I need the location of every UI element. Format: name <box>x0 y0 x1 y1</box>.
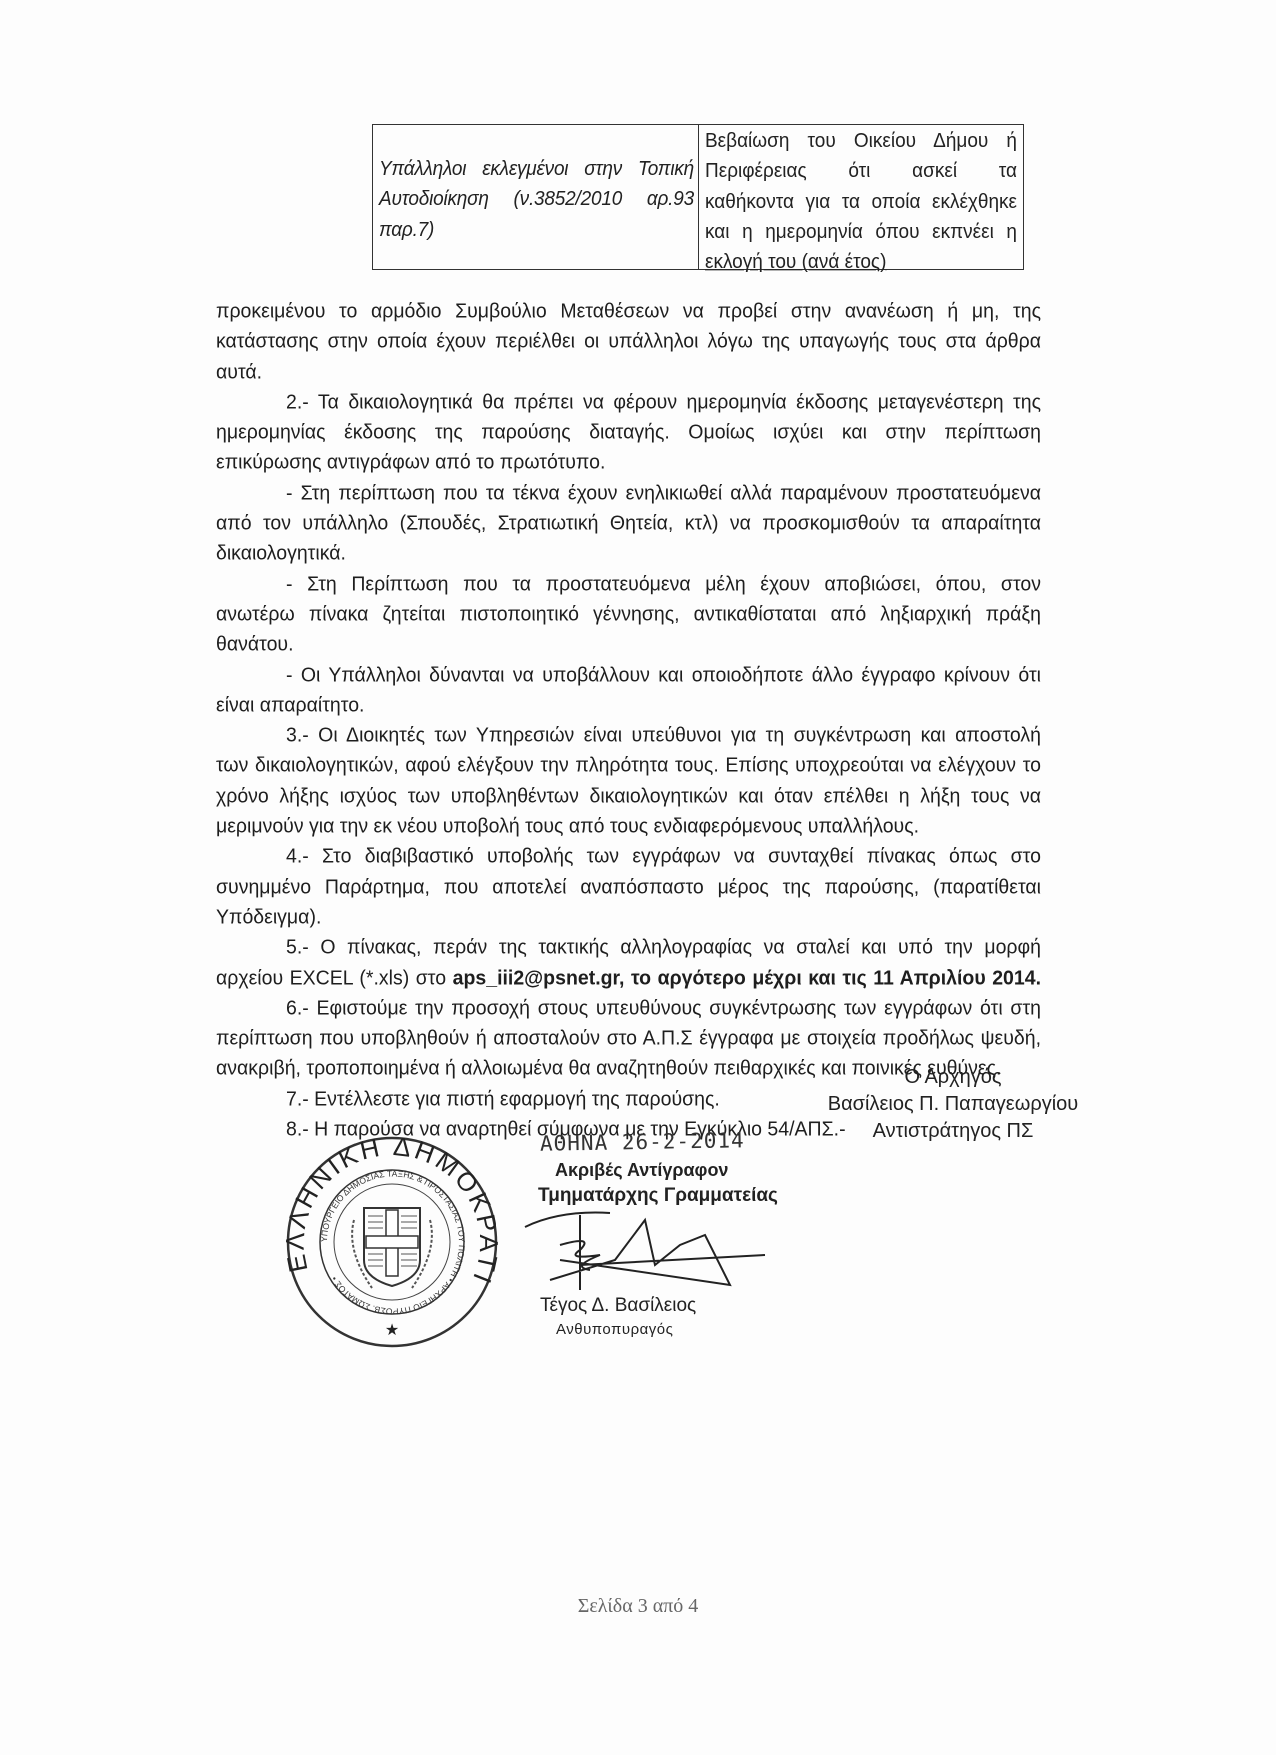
body-line: ανωτέρω πίνακα ζητείται πιστοποιητικό γέ… <box>216 598 1041 630</box>
table-cell-category: Υπάλληλοι εκλεγμένοι στην Τοπική Αυτοδιο… <box>373 125 699 269</box>
signatory-rank: Αντιστράτηγος ΠΣ <box>808 1118 1098 1145</box>
certifier-rank: Ανθυποπυραγός <box>556 1321 673 1338</box>
excel-submission-line: αρχείου EXCEL (*.xls) στο aps_iii2@psnet… <box>216 962 1041 994</box>
body-line: Υπόδειγμα). <box>216 901 1041 933</box>
cell-text: και η ημερομηνία όπου εκπνέει η <box>705 217 1017 249</box>
paragraph-6: 6.- Εφιστούμε την προσοχή στους υπευθύνο… <box>216 992 1041 1024</box>
chief-signature-block: Ο Αρχηγός Βασίλειος Π. Παπαγεωργίου Αντι… <box>808 1064 1098 1145</box>
body-line: δικαιολογητικά. <box>216 538 1041 570</box>
cell-text: Βεβαίωση του Οικείου Δήμου ή <box>705 126 1017 158</box>
table-cell-documents: Βεβαίωση του Οικείου Δήμου ή Περιφέρειας… <box>699 125 1023 269</box>
eligibility-table-row: Υπάλληλοι εκλεγμένοι στην Τοπική Αυτοδιο… <box>372 124 1024 270</box>
paragraph-4: 4.- Στο διαβιβαστικό υποβολής των εγγράφ… <box>216 841 1041 873</box>
document-body: προκειμένου το αρμόδιο Συμβούλιο Μεταθέσ… <box>216 296 1041 1144</box>
cell-text: εκλογή του (ανά έτος) <box>705 247 1017 279</box>
paragraph-3: 3.- Οι Διοικητές των Υπηρεσιών είναι υπε… <box>216 719 1041 751</box>
handwritten-date: ΑΘΗΝΑ 26-2-2014 <box>540 1128 745 1156</box>
body-line: προκειμένου το αρμόδιο Συμβούλιο Μεταθέσ… <box>216 295 1041 327</box>
signatory-name: Βασίλειος Π. Παπαγεωργίου <box>808 1091 1098 1118</box>
body-line: - Οι Υπάλληλοι δύνανται να υποβάλλουν κα… <box>216 659 1041 691</box>
body-line: χρόνο λήξης ισχύος των υποβληθέντων δικα… <box>216 780 1041 812</box>
cell-text: Υπάλληλοι εκλεγμένοι στην Τοπική <box>379 154 694 186</box>
body-line: από τον υπάλληλο (Σπουδές, Στρατιωτική Θ… <box>216 507 1041 539</box>
signatory-title: Ο Αρχηγός <box>808 1064 1098 1091</box>
page-number: Σελίδα 3 από 4 <box>0 1595 1276 1618</box>
svg-text:★: ★ <box>385 1322 399 1339</box>
body-line: συνημμένο Παράρτημα, που αποτελεί αναπόσ… <box>216 871 1041 903</box>
cell-text: καθήκοντα για τα οποία εκλέχθηκε <box>705 187 1017 219</box>
excel-prefix: αρχείου EXCEL (*.xls) στο <box>216 966 453 989</box>
body-line: κατάστασης στην οποία έχουν περιέλθει οι… <box>216 326 1041 358</box>
body-line: είναι απαραίτητο. <box>216 689 1041 721</box>
certified-copy-label: Ακριβές Αντίγραφον <box>555 1160 728 1181</box>
certifier-name: Τέγος Δ. Βασίλειος <box>540 1295 696 1317</box>
greek-coat-of-arms-icon: ΕΛΛΗΝΙΚΗ ΔΗΜΟΚΡΑΤΙΑ ΥΠΟΥΡΓΕΙΟ ΔΗΜΟΣΙΑΣ Τ… <box>282 1130 502 1355</box>
body-line: των δικαιολογητικών, αφού ελέγξουν την π… <box>216 750 1041 782</box>
department-label: Τμηματάρχης Γραμματείας <box>538 1185 778 1207</box>
body-line: μεριμνούν για την εκ νέου υποβολή τους α… <box>216 810 1041 842</box>
deadline-text: , το αργότερο μέχρι και τις 11 Απριλίου … <box>619 966 1041 989</box>
signature-scribble-icon <box>520 1205 770 1295</box>
paragraph-5: 5.- Ο πίνακας, περάν της τακτικής αλληλο… <box>216 931 1041 963</box>
body-line: ημερομηνίας έκδοσης της παρούσης διαταγή… <box>216 416 1041 448</box>
body-line: επικύρωσης αντιγράφων από το πρωτότυπο. <box>216 447 1041 479</box>
cell-text: Αυτοδιοίκηση (ν.3852/2010 αρ.93 <box>379 185 694 217</box>
cell-text: Περιφέρειας ότι ασκεί τα <box>705 157 1017 189</box>
body-line: - Στη Περίπτωση που τα προστατευόμενα μέ… <box>216 568 1041 600</box>
body-line: - Στη περίπτωση που τα τέκνα έχουν ενηλι… <box>216 477 1041 509</box>
paragraph-2: 2.- Τα δικαιολογητικά θα πρέπει να φέρου… <box>216 386 1041 418</box>
document-page: Υπάλληλοι εκλεγμένοι στην Τοπική Αυτοδιο… <box>0 0 1276 1755</box>
body-line: αυτά. <box>216 356 1041 388</box>
email-link[interactable]: aps_iii2@psnet.gr <box>453 966 619 989</box>
body-line: θανάτου. <box>216 629 1041 661</box>
body-line: περίπτωση που υποβληθούν ή αποσταλούν στ… <box>216 1022 1041 1054</box>
cell-text: παρ.7) <box>379 215 694 247</box>
